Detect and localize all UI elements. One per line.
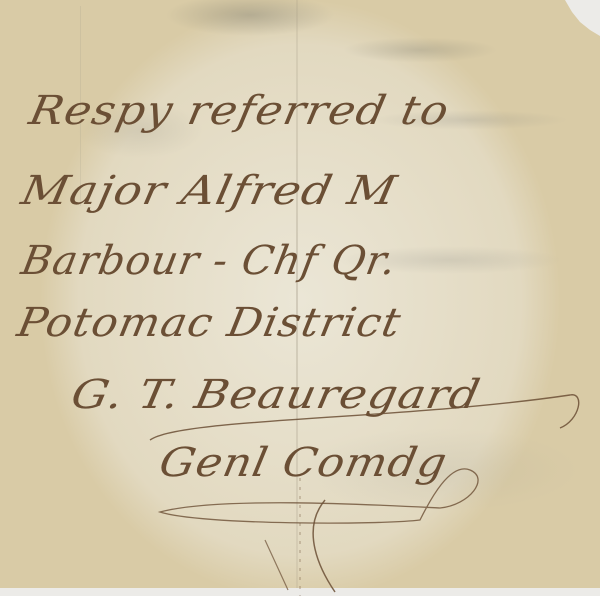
signature-flourish bbox=[0, 0, 600, 596]
